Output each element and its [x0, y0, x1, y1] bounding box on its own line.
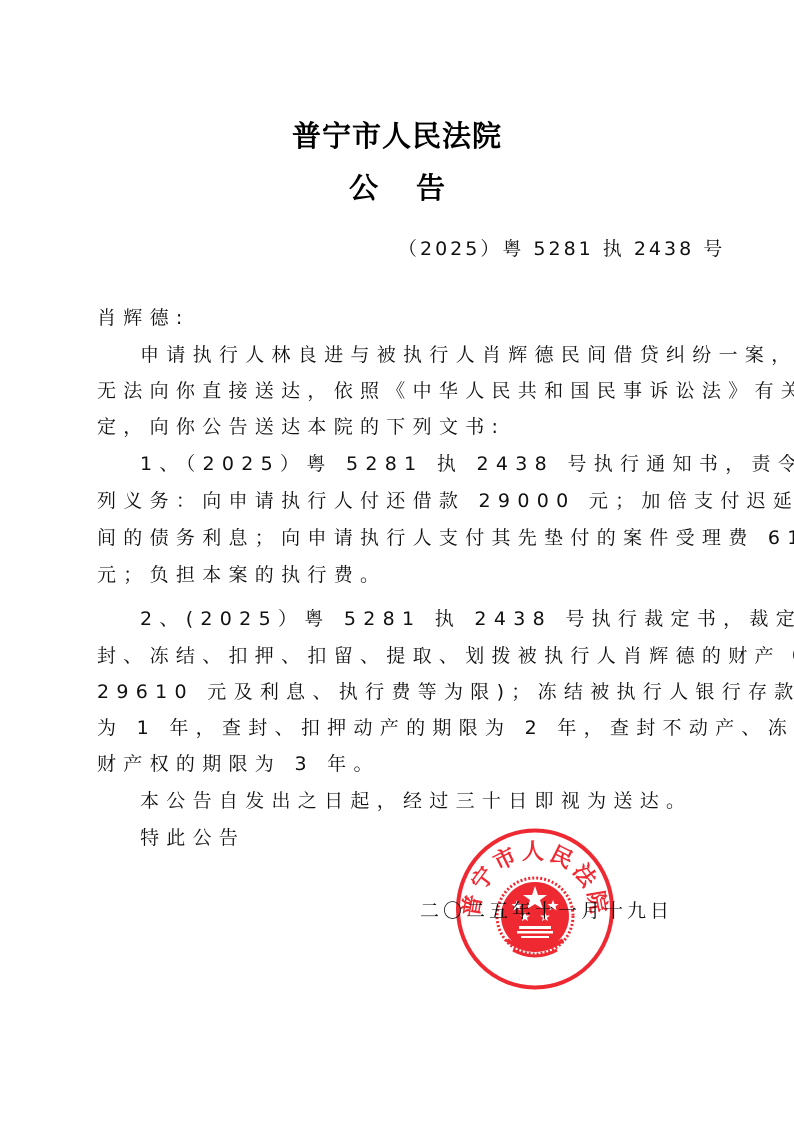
item-2-line: 财产权的期限为 3 年。	[97, 751, 697, 777]
item-1-line: 间的债务利息；向申请执行人支付其先垫付的案件受理费 610	[97, 525, 697, 551]
item-2-line: 封、冻结、扣押、扣留、提取、划拨被执行人肖辉德的财产（以	[97, 643, 697, 669]
addressee: 肖辉德:	[97, 305, 697, 331]
paragraph-line: 无法向你直接送达，依照《中华人民共和国民事诉讼法》有关规	[97, 378, 697, 404]
court-name: 普宁市人民法院	[0, 114, 794, 155]
paragraph-line: 申请执行人林良进与被执行人肖辉德民间借贷纠纷一案，因	[140, 342, 700, 368]
issue-date: 二〇二五年十一月十九日	[420, 896, 673, 923]
item-2-line: 为 1 年，查封、扣押动产的期限为 2 年，查封不动产、冻结其他	[97, 715, 697, 741]
paragraph-line: 定，向你公告送达本院的下列文书:	[97, 414, 697, 440]
service-clause: 本公告自发出之日起，经过三十日即视为送达。	[140, 788, 700, 814]
item-1-line: 元；负担本案的执行费。	[97, 562, 697, 588]
closing-phrase: 特此公告	[140, 825, 700, 851]
item-1-line: 列义务：向申请执行人付还借款 29000 元；加倍支付迟延履行期	[97, 488, 697, 514]
document-type: 公告	[0, 166, 794, 207]
item-2-line: 2、(2025）粤 5281 执 2438 号执行裁定书，裁定如下：查	[140, 606, 700, 632]
item-1-line: 1、（2025）粤 5281 执 2438 号执行通知书，责令你履行下	[140, 451, 700, 477]
case-number: （2025）粤 5281 执 2438 号	[398, 234, 725, 261]
item-2-line: 29610 元及利息、执行费等为限)；冻结被执行人银行存款的期限	[97, 679, 697, 705]
notice-page: 普宁市人民法院 公告 （2025）粤 5281 执 2438 号 肖辉德: 申请…	[0, 0, 794, 1122]
